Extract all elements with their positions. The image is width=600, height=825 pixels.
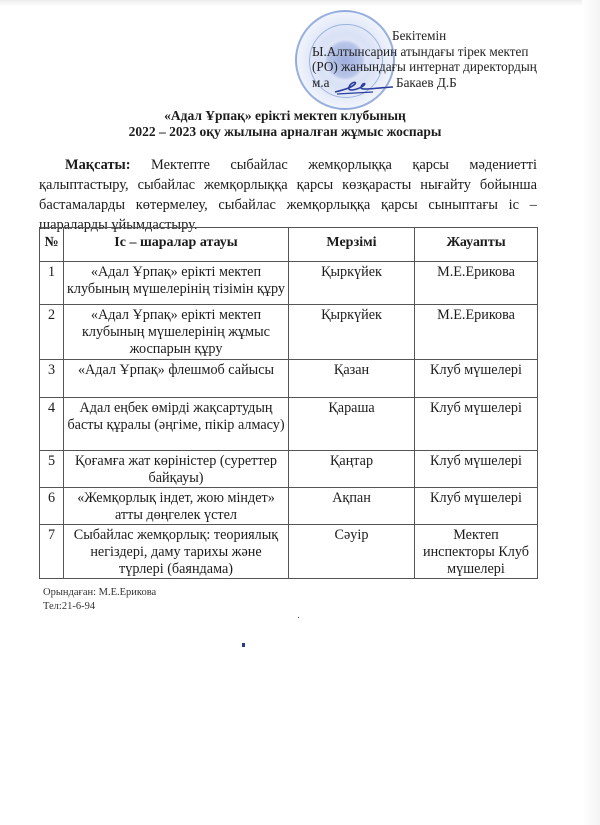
row-responsible: Клуб мүшелері [415,360,538,398]
document-title: «Адал Ұрпақ» ерікті мектеп клубының 2022… [0,108,570,140]
title-line-2: 2022 – 2023 оқу жылына арналған жұмыс жо… [0,124,570,140]
header-deadline: Мерзімі [289,228,415,262]
row-responsible: М.Е.Ерикова [415,262,538,305]
title-line-1: «Адал Ұрпақ» ерікті мектеп клубының [0,108,570,124]
table-row: 3«Адал Ұрпақ» флешмоб сайысыҚазанКлуб мү… [40,360,538,398]
row-responsible: Клуб мүшелері [415,488,538,525]
header-activity-name: Іс – шаралар атауы [64,228,289,262]
activity-plan-table: № Іс – шаралар атауы Мерзімі Жауапты 1«А… [39,227,538,579]
document-footer: Орындаған: М.Е.Ерикова Тел:21-6-94 [43,586,156,614]
goal-label: Мақсаты: [65,157,131,173]
scan-top-shadow [0,0,600,6]
scan-speck [298,617,299,618]
table-header-row: № Іс – шаралар атауы Мерзімі Жауапты [40,228,538,262]
row-number: 2 [40,305,64,360]
approval-heading: Бекітемін [312,28,572,44]
table-row: 5Қоғамға жат көріністер (суреттер байқау… [40,451,538,488]
row-number: 3 [40,360,64,398]
table-row: 2«Адал Ұрпақ» ерікті мектеп клубының мүш… [40,305,538,360]
row-number: 7 [40,525,64,579]
goal-paragraph: Мақсаты: Мектепте сыбайлас жемқорлыққа қ… [39,155,537,235]
row-deadline: Қазан [289,360,415,398]
scan-right-edge [582,0,600,825]
table-row: 1«Адал Ұрпақ» ерікті мектеп клубының мүш… [40,262,538,305]
row-responsible: Мектеп инспекторы Клуб мүшелері [415,525,538,579]
row-activity-name: «Адал Ұрпақ» ерікті мектеп клубының мүше… [64,305,289,360]
signature-icon [333,78,395,96]
row-responsible: Клуб мүшелері [415,398,538,451]
row-responsible: Клуб мүшелері [415,451,538,488]
table-row: 7Сыбайлас жемқорлық: теориялық негіздері… [40,525,538,579]
header-number: № [40,228,64,262]
header-responsible: Жауапты [415,228,538,262]
row-number: 6 [40,488,64,525]
table-row: 6«Жемқорлық індет, жою міндет» атты дөңг… [40,488,538,525]
footer-phone: Тел:21-6-94 [43,600,156,614]
row-deadline: Қыркүйек [289,305,415,360]
row-activity-name: «Адал Ұрпақ» флешмоб сайысы [64,360,289,398]
row-number: 4 [40,398,64,451]
row-deadline: Қыркүйек [289,262,415,305]
row-number: 1 [40,262,64,305]
row-deadline: Қаңтар [289,451,415,488]
row-responsible: М.Е.Ерикова [415,305,538,360]
approval-position: (РО) жанындағы интернат директордың [312,59,572,75]
row-activity-name: Адал еңбек өмірді жақсартудың басты құра… [64,398,289,451]
row-activity-name: «Адал Ұрпақ» ерікті мектеп клубының мүше… [64,262,289,305]
approval-school: Ы.Алтынсарин атындағы тірек мектеп [312,44,572,60]
row-deadline: Қараша [289,398,415,451]
row-activity-name: Сыбайлас жемқорлық: теориялық негіздері,… [64,525,289,579]
row-activity-name: Қоғамға жат көріністер (суреттер байқауы… [64,451,289,488]
row-number: 5 [40,451,64,488]
row-activity-name: «Жемқорлық індет, жою міндет» атты дөңге… [64,488,289,525]
footer-author: Орындаған: М.Е.Ерикова [43,586,156,600]
table-row: 4Адал еңбек өмірді жақсартудың басты құр… [40,398,538,451]
row-deadline: Сәуір [289,525,415,579]
approval-director-name: Бакаев Д.Б [396,75,457,90]
scan-speck [242,643,245,647]
row-deadline: Ақпан [289,488,415,525]
